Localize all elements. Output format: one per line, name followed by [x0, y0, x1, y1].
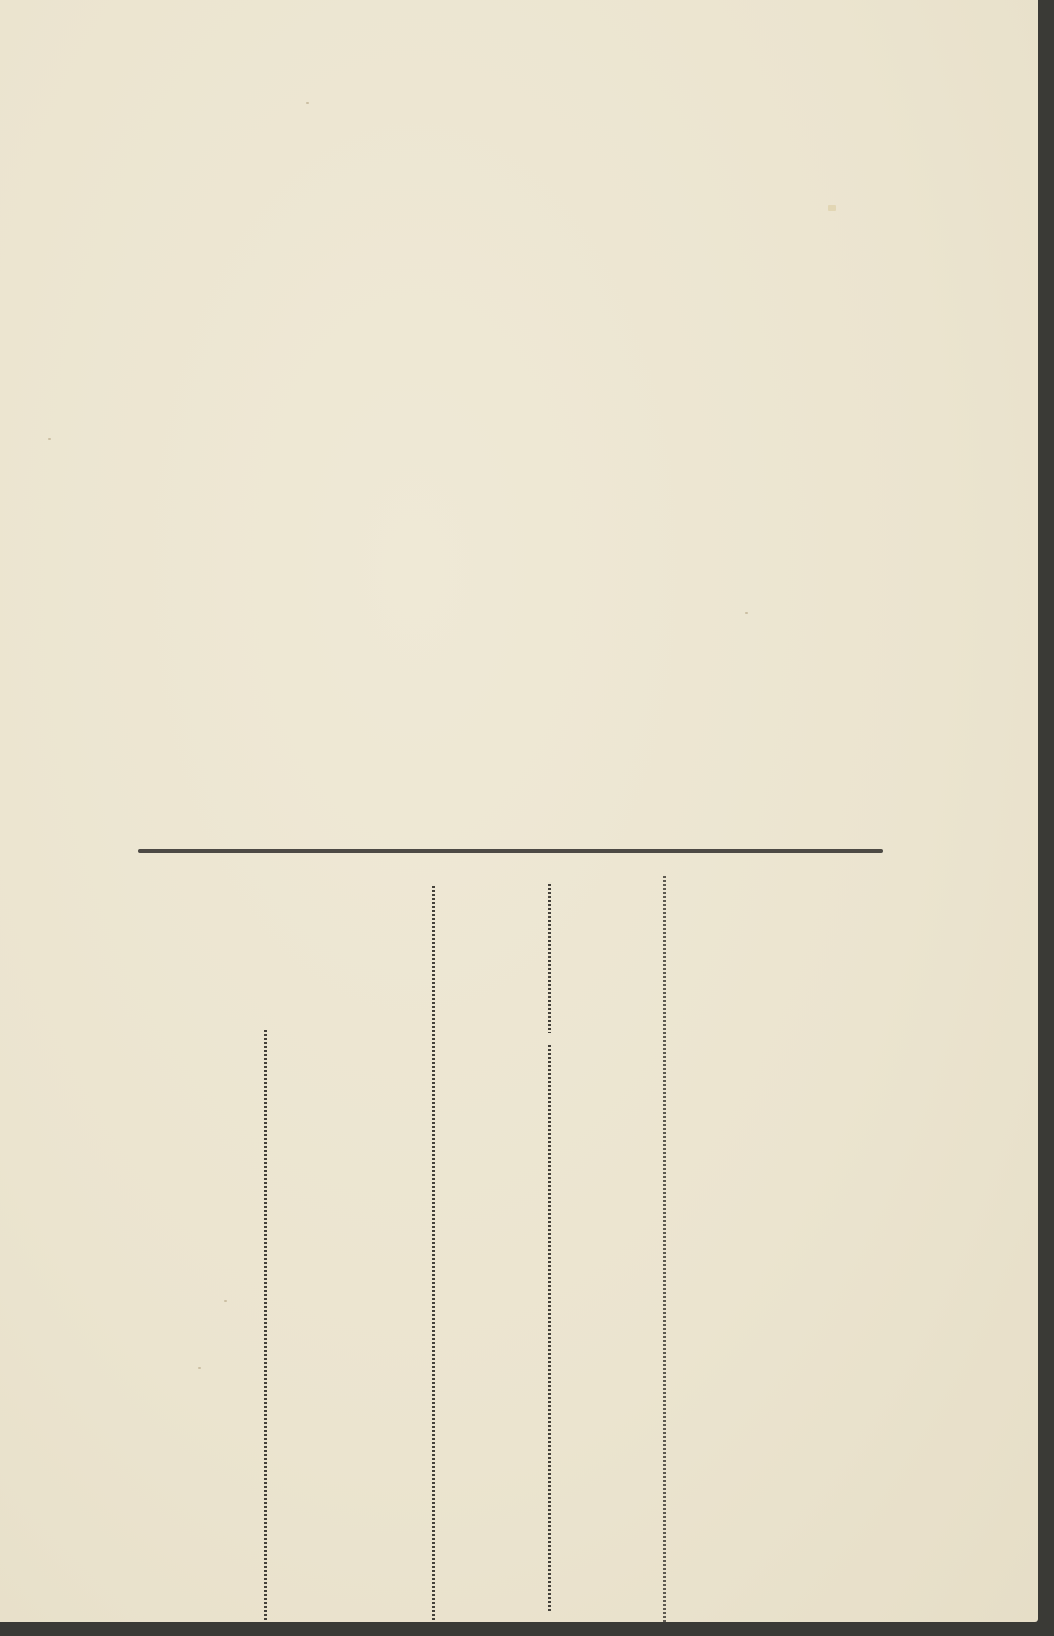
address-dotted-line-1 — [264, 1030, 267, 1620]
address-dotted-line-2 — [432, 886, 435, 1620]
paper-fleck — [224, 1300, 227, 1302]
horizontal-divider-line — [138, 849, 883, 853]
address-dotted-line-4 — [663, 876, 666, 1622]
paper-fleck — [48, 438, 51, 440]
paper-fleck — [306, 102, 309, 104]
paper-fleck — [828, 205, 836, 211]
paper-fleck — [745, 612, 748, 614]
address-dotted-line-3a — [548, 884, 551, 1033]
postcard-back — [0, 0, 1038, 1622]
address-dotted-line-3b — [548, 1045, 551, 1612]
paper-fleck — [198, 1367, 201, 1369]
